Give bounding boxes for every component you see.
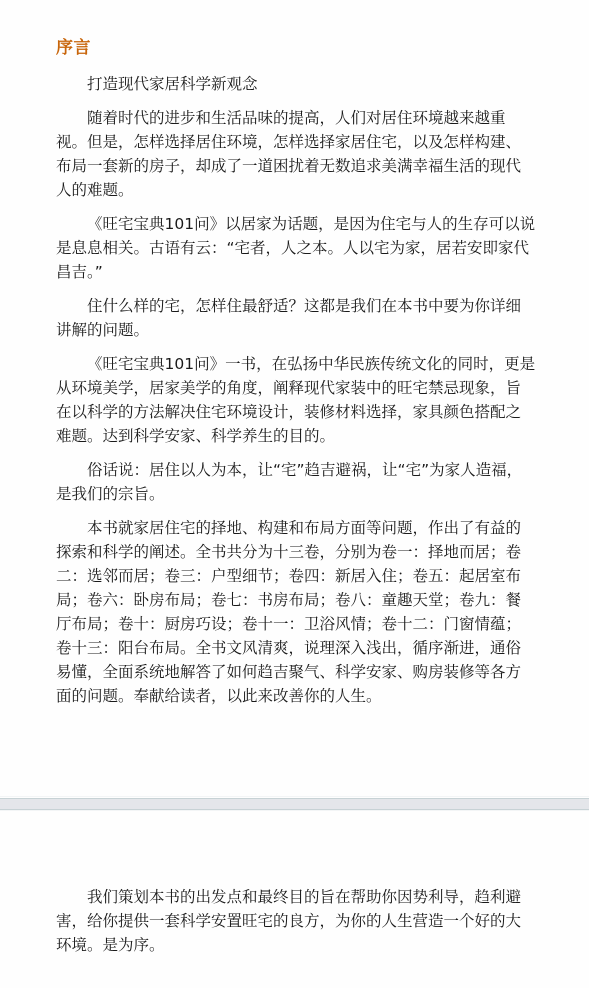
text-line: 昌吉。” xyxy=(56,260,548,284)
text-line: 环境。是为序。 xyxy=(56,933,548,957)
text-line: 讲解的问题。 xyxy=(56,318,548,342)
text-line: 卷十三：阳台布局。全书文风清爽，说理深入浅出，循序渐进，通俗 xyxy=(56,636,548,660)
text-line: 二：选邻而居；卷三：户型细节；卷四：新居入住；卷五：起居室布 xyxy=(56,564,548,588)
text-line: 本书就家居住宅的择地、构建和布局方面等问题，作出了有益的 xyxy=(56,516,548,540)
text-line: 局；卷六：卧房布局；卷七：书房布局；卷八：童趣天堂；卷九：餐 xyxy=(56,588,548,612)
text-line: 视。但是，怎样选择居住环境，怎样选择家居住宅，以及怎样构建、 xyxy=(56,130,548,154)
text-line: 布局一套新的房子，却成了一道困扰着无数追求美满幸福生活的现代 xyxy=(56,154,548,178)
text-line: 《旺宅宝典101问》一书，在弘扬中华民族传统文化的同时，更是 xyxy=(56,352,548,376)
text-line: 探索和科学的阐述。全书共分为十三卷，分别为卷一：择地而居；卷 xyxy=(56,540,548,564)
text-line: 从环境美学，居家美学的角度，阐释现代家装中的旺宅禁忌现象，旨 xyxy=(56,376,548,400)
text-line: 俗话说：居住以人为本，让“宅”趋吉避祸，让“宅”为家人造福， xyxy=(56,458,548,482)
text-line: 随着时代的进步和生活品味的提高，人们对居住环境越来越重 xyxy=(56,106,548,130)
paragraph-subtitle: 打造现代家居科学新观念 xyxy=(56,72,548,96)
text-line: 在以科学的方法解决住宅环境设计，装修材料选择，家具颜色搭配之 xyxy=(56,400,548,424)
section-title: 序言 xyxy=(56,36,548,60)
document-page-1: 序言 打造现代家居科学新观念 随着时代的进步和生活品味的提高，人们对居住环境越来… xyxy=(0,0,589,796)
paragraph: 俗话说：居住以人为本，让“宅”趋吉避祸，让“宅”为家人造福， 是我们的宗旨。 xyxy=(56,458,548,506)
text-line: 是息息相关。古语有云：“宅者，人之本。人以宅为家，居若安即家代 xyxy=(56,236,548,260)
separator-edge xyxy=(0,796,589,797)
text-line: 我们策划本书的出发点和最终目的旨在帮助你因势利导，趋利避 xyxy=(56,885,548,909)
text-line: 难题。达到科学安家、科学养生的目的。 xyxy=(56,424,548,448)
text-line: 住什么样的宅，怎样住最舒适？这都是我们在本书中要为你详细 xyxy=(56,294,548,318)
paragraph: 住什么样的宅，怎样住最舒适？这都是我们在本书中要为你详细 讲解的问题。 xyxy=(56,294,548,342)
paragraph: 本书就家居住宅的择地、构建和布局方面等问题，作出了有益的 探索和科学的阐述。全书… xyxy=(56,516,548,708)
paragraph: 《旺宅宝典101问》一书，在弘扬中华民族传统文化的同时，更是 从环境美学，居家美… xyxy=(56,352,548,448)
text-line: 面的问题。奉献给读者，以此来改善你的人生。 xyxy=(56,684,548,708)
paragraph: 《旺宅宝典101问》以居家为话题，是因为住宅与人的生存可以说 是息息相关。古语有… xyxy=(56,212,548,284)
paragraph: 我们策划本书的出发点和最终目的旨在帮助你因势利导，趋利避 害，给你提供一套科学安… xyxy=(56,885,548,957)
paragraph: 随着时代的进步和生活品味的提高，人们对居住环境越来越重 视。但是，怎样选择居住环… xyxy=(56,106,548,202)
text-line: 人的难题。 xyxy=(56,178,548,202)
text-line: 打造现代家居科学新观念 xyxy=(56,72,548,96)
text-line: 《旺宅宝典101问》以居家为话题，是因为住宅与人的生存可以说 xyxy=(56,212,548,236)
text-line: 厅布局；卷十：厨房巧设；卷十一：卫浴风情；卷十二：门窗情蕴； xyxy=(56,612,548,636)
page-content: 我们策划本书的出发点和最终目的旨在帮助你因势利导，趋利避 害，给你提供一套科学安… xyxy=(56,885,548,967)
text-line: 是我们的宗旨。 xyxy=(56,482,548,506)
text-line: 易懂，全面系统地解答了如何趋吉聚气、科学安家、购房装修等各方 xyxy=(56,660,548,684)
page-content: 序言 打造现代家居科学新观念 随着时代的进步和生活品味的提高，人们对居住环境越来… xyxy=(56,36,548,718)
page-separator xyxy=(0,796,589,811)
document-page-2: 我们策划本书的出发点和最终目的旨在帮助你因势利导，趋利避 害，给你提供一套科学安… xyxy=(0,811,589,988)
text-line: 害，给你提供一套科学安置旺宅的良方，为你的人生营造一个好的大 xyxy=(56,909,548,933)
separator-band xyxy=(0,798,589,810)
